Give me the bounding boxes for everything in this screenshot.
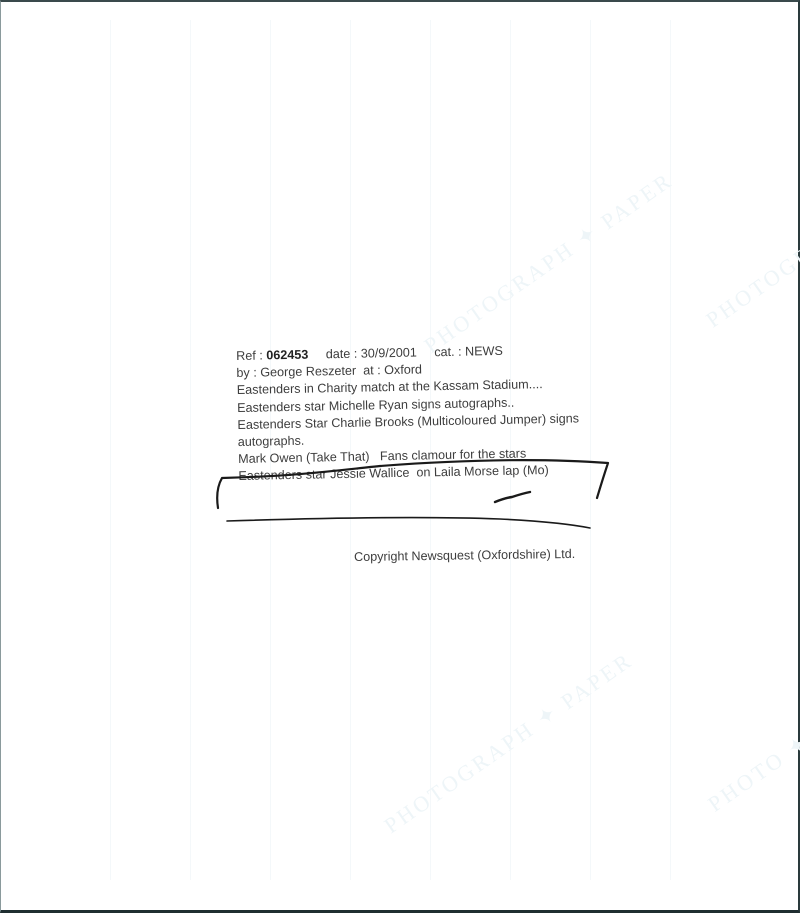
by-label: by : — [236, 366, 257, 380]
caption-label: Ref : 062453 date : 30/9/2001 cat. : NEW… — [236, 340, 639, 485]
date-value: 30/9/2001 — [361, 346, 417, 361]
date-label: date : — [326, 347, 358, 362]
ref-number: 062453 — [266, 348, 308, 363]
at-label: at : — [363, 363, 381, 377]
location-value: Oxford — [384, 363, 422, 378]
ref-label: Ref : — [236, 348, 263, 363]
photographer-name: George Reszeter — [260, 364, 356, 380]
category-value: NEWS — [465, 344, 503, 359]
cat-label: cat. : — [434, 345, 462, 360]
